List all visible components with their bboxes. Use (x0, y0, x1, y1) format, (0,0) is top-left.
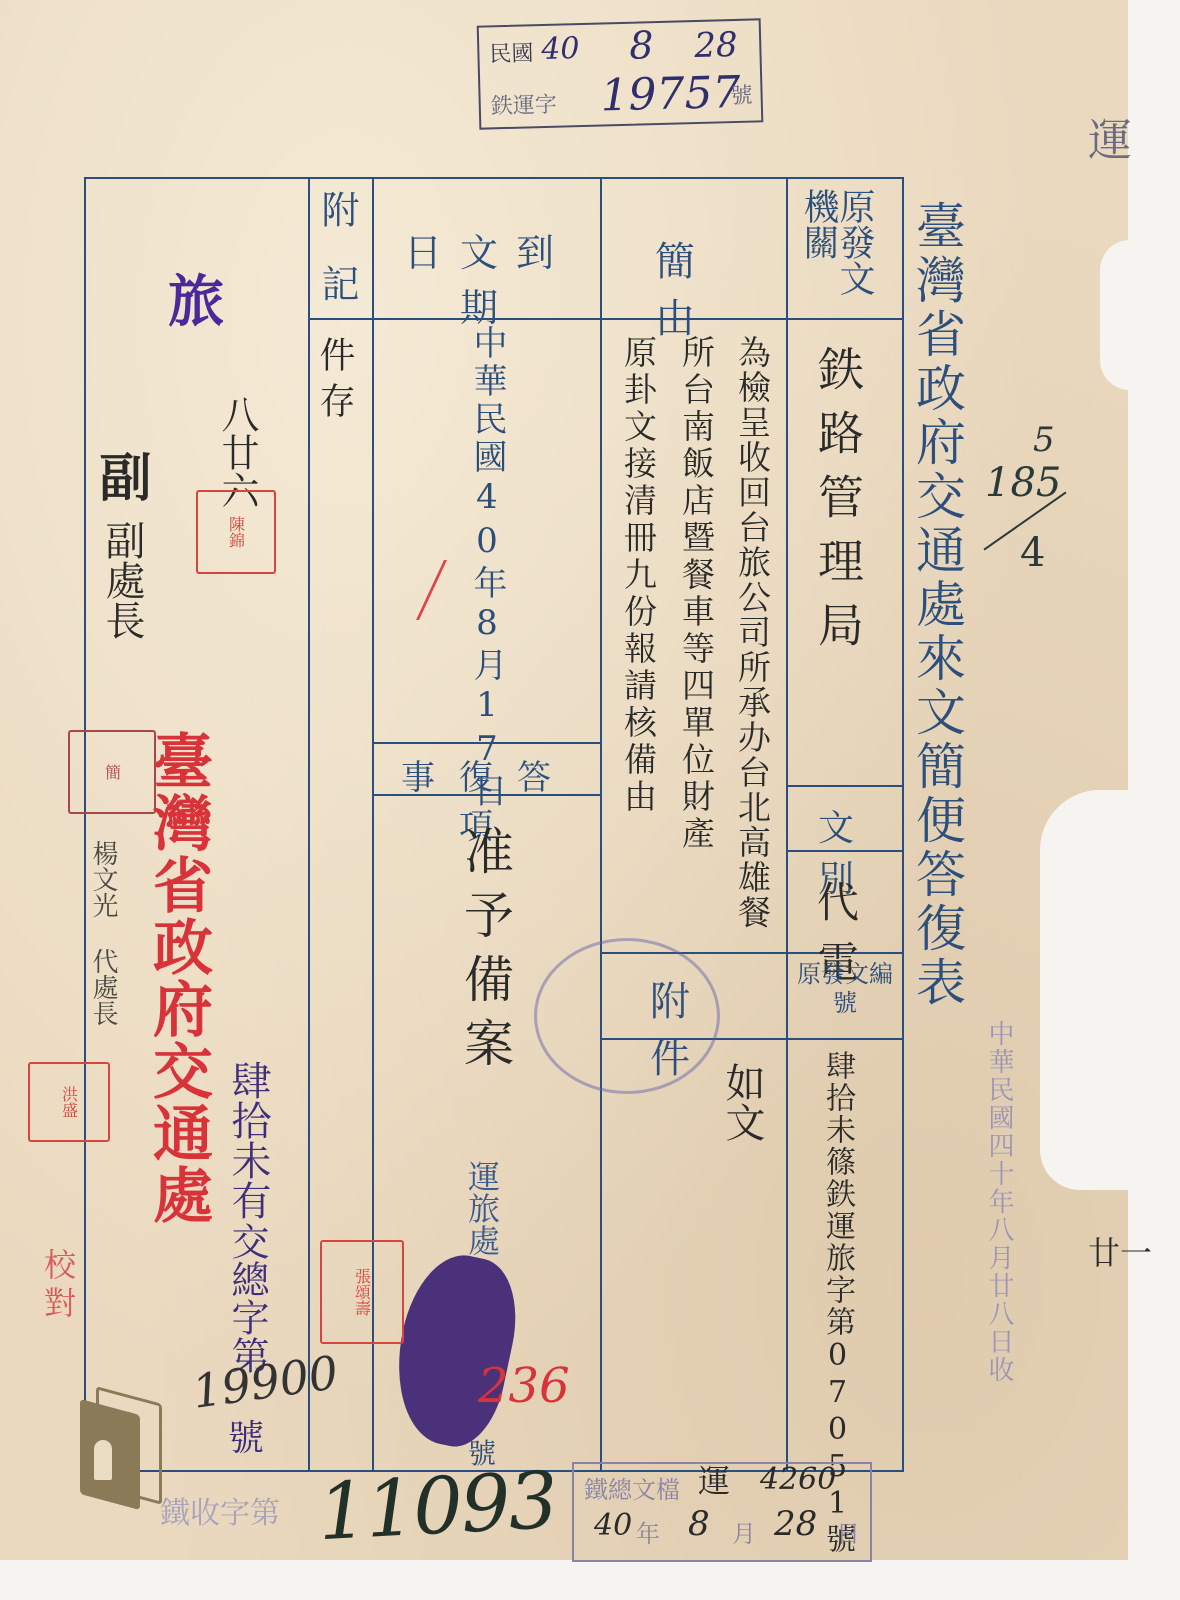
value-issuing-agency: 鉄路管理局 (815, 345, 861, 665)
seal-hongsheng: 洪盛 (28, 1062, 110, 1142)
stamp-number: 19757 (600, 67, 741, 122)
red-government-stamp: 臺灣省政府交通處 (148, 730, 208, 1226)
form-title: 臺灣省政府交通處來文簡便答復表 (912, 200, 962, 1010)
signature-acting-director: 楊文光 代處長 (90, 840, 116, 1026)
handwritten-number: 19900 (189, 1345, 341, 1419)
stamp-suffix: 號 (730, 79, 753, 111)
number-suffix: 號 (228, 1410, 264, 1461)
torn-edge (1100, 240, 1180, 390)
header-received-date: 到文日期 (380, 222, 596, 332)
summary-line-1: 為檢呈收回台旅公司所承办台北高雄餐 (736, 335, 769, 930)
table-border-left (84, 177, 86, 1472)
purple-stamp-line-1: 肆拾未有 (228, 1060, 268, 1220)
archive-receipt-stamp: 鐵總文檔 運 4260 40 年 8 月 28 日 (572, 1462, 872, 1562)
stamp-prefix: 鉄運字 (490, 88, 557, 121)
purple-stamp-line-2: 交總字第 (228, 1222, 266, 1374)
header-original-number: 原發文編號 (792, 960, 898, 1018)
corner-mark: 運 (1088, 104, 1132, 168)
value-remarks: 件存 (316, 336, 352, 428)
serial-number: 11093 (316, 1456, 559, 1558)
stamp-era: 民國 (489, 36, 534, 68)
torn-edge (1040, 790, 1180, 1190)
stamp-day: 28 (694, 25, 738, 66)
archive-logo-icon (80, 1395, 170, 1505)
value-attachments: 如文 (722, 1062, 762, 1142)
top-receipt-stamp: 民國 40 8 28 鉄運字 19757 號 (477, 18, 764, 129)
seal-chen: 陳錦 (196, 490, 276, 574)
margin-fraction: 5 185 4 (985, 420, 1065, 580)
postmark-stamp (534, 938, 720, 1094)
right-margin-date-stamp: 中華民國四十年八月廿八日收 (986, 1020, 1012, 1384)
torn-edge (0, 1560, 1180, 1600)
summary-line-3: 原卦文接清冊九份報請核備由 (622, 335, 655, 816)
reply-department: 運旅處 (466, 1160, 498, 1256)
purple-mark: 旅 (168, 258, 224, 338)
right-margin-mark: 廿一 (1088, 1228, 1152, 1274)
proofread-label: 校對 (42, 1248, 74, 1324)
table-border-top (84, 177, 904, 179)
header-summary: 簡由 (620, 230, 780, 344)
faded-receipt-stamp: 鐵收字第 (160, 1488, 280, 1532)
value-reply: 准予備案 (460, 825, 510, 1081)
reply-number: 236 (478, 1358, 570, 1414)
summary-line-2: 所台南飯店暨餐車等四單位財產 (680, 335, 713, 853)
stamp-year: 40 (541, 31, 580, 67)
stamp-month: 8 (629, 23, 654, 68)
signature-deputy: 副處長 (102, 520, 142, 640)
seal-zhang: 張頌壽 (320, 1240, 404, 1344)
deputy-label: 副 (94, 450, 146, 502)
table-border-right (902, 177, 904, 1472)
document-paper: 民國 40 8 28 鉄運字 19757 號 運 臺灣省政府交通處來文簡便答復表… (0, 0, 1160, 1600)
header-remarks: 附記 (318, 190, 356, 338)
header-issuing-agency: 原發文機關 (800, 188, 872, 308)
